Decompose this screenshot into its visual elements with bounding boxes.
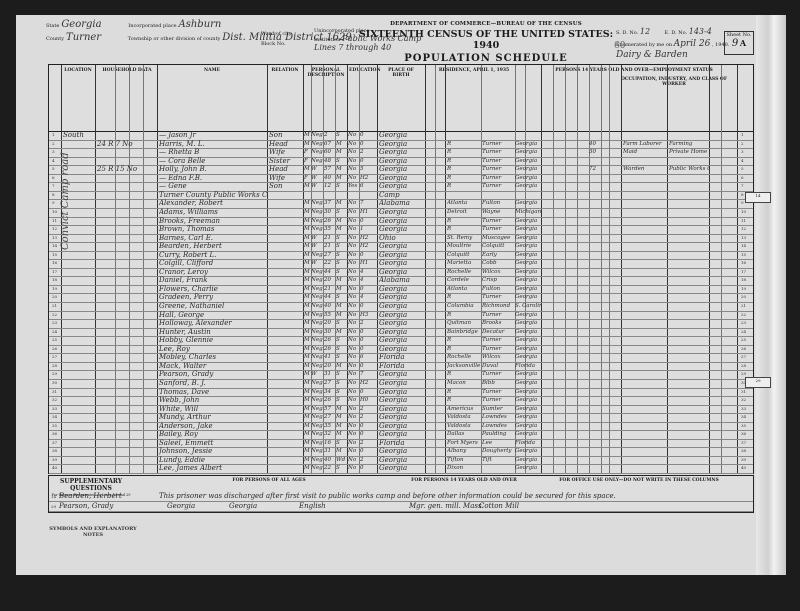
school-attendance: No — [348, 311, 359, 320]
residence-city: R — [447, 345, 481, 354]
birthplace: Georgia — [379, 413, 425, 422]
marital-status: M — [336, 311, 347, 320]
age: 40 — [324, 302, 335, 311]
residence-city: Cordele — [447, 276, 481, 285]
residence-city: R — [447, 174, 481, 183]
birthplace: Georgia — [379, 242, 425, 251]
birthplace: Georgia — [379, 319, 425, 328]
residence-city: R — [447, 311, 481, 320]
grade: 0 — [360, 251, 376, 260]
line-number-right: 32 — [741, 396, 746, 405]
birthplace: Georgia — [379, 174, 425, 183]
race: Neg — [311, 148, 323, 157]
birthplace: Georgia — [379, 379, 425, 388]
race: Neg — [311, 464, 323, 473]
grade: 0 — [360, 217, 376, 226]
line-number: 6 — [52, 174, 55, 183]
relation: Son — [269, 182, 303, 191]
person-name: Thomas, Dave — [159, 388, 267, 397]
ward-block: Ward of city Block No. — [261, 31, 292, 47]
supp-note: This prisoner was discharged after first… — [159, 492, 749, 501]
school-attendance: No — [348, 328, 359, 337]
race: Neg — [311, 285, 323, 294]
marital-status: S — [336, 208, 347, 217]
grade: 1 — [360, 225, 376, 234]
residence-state: Georgia — [515, 370, 541, 379]
birthplace: Florida — [379, 362, 425, 371]
school-attendance: No — [348, 165, 359, 174]
marital-status: S — [336, 131, 347, 140]
residence-city: Moultrie — [447, 242, 481, 251]
line-number: 38 — [52, 447, 57, 456]
birthplace: Georgia — [379, 388, 425, 397]
person-name: Hobby, Glennie — [159, 336, 267, 345]
relation: Head — [269, 165, 303, 174]
grade: 4 — [360, 268, 376, 277]
residence-state: Georgia — [515, 388, 541, 397]
marital-status: S — [336, 157, 347, 166]
marital-status: S — [336, 464, 347, 473]
person-name: Flowers, Charlie — [159, 285, 267, 294]
residence-city: Dallas — [447, 430, 481, 439]
line-number: 32 — [52, 396, 57, 405]
race: W — [311, 370, 323, 379]
supp-industry: Cotton Mill — [479, 502, 529, 511]
supp-name: Pearson, Grady — [59, 502, 139, 511]
race: Neg — [311, 439, 323, 448]
page-edge — [756, 15, 786, 575]
marital-status: S — [336, 379, 347, 388]
birthplace: Georgia — [379, 336, 425, 345]
line-number: 2 — [52, 140, 55, 149]
line-number: 13 — [52, 234, 57, 243]
line-number: 10 — [52, 208, 57, 217]
birthplace: Camp — [379, 191, 425, 200]
person-name: Brown, Thomas — [159, 225, 267, 234]
person-name: Bailey, Roy — [159, 430, 267, 439]
location-header: State Georgia Incorporated place Ashburn… — [46, 19, 352, 45]
marital-status: M — [336, 302, 347, 311]
line-number: 23 — [52, 319, 57, 328]
age: 35 — [324, 422, 335, 431]
residence-city: R — [447, 396, 481, 405]
person-name: — Gene — [159, 182, 267, 191]
race: Neg — [311, 293, 323, 302]
birthplace: Georgia — [379, 293, 425, 302]
line-number: 37 — [52, 439, 57, 448]
line-number: 36 — [52, 430, 57, 439]
residence-state: Georgia — [515, 413, 541, 422]
residence-county: Turner — [482, 174, 514, 183]
person-name: — Rhetta B — [159, 148, 267, 157]
grade: 0 — [360, 285, 376, 294]
race: Neg — [311, 319, 323, 328]
birthplace: Georgia — [379, 456, 425, 465]
residence-county: Turner — [482, 293, 514, 302]
birthplace: Georgia — [379, 285, 425, 294]
grade: 6 — [360, 182, 376, 191]
ed-number: 143-4 — [689, 27, 712, 36]
sheet-side: A — [740, 38, 746, 48]
sd-number: 12 — [640, 27, 650, 36]
residence-city: Atlanta — [447, 199, 481, 208]
line-number-right: 7 — [741, 182, 744, 191]
residence-state: S. Carolina — [515, 302, 541, 311]
age: 37 — [324, 199, 335, 208]
person-name: Daniel, Frank — [159, 276, 267, 285]
person-name: Sanford, B. J. — [159, 379, 267, 388]
age: 21 — [324, 234, 335, 243]
residence-county: Turner — [482, 157, 514, 166]
supplementary-row-14: 14 Bearden, Herbert This prisoner was di… — [49, 492, 753, 502]
marital-status: M — [336, 422, 347, 431]
side-annotation: Convict Camp road — [60, 152, 71, 250]
line-number-right: 35 — [741, 422, 746, 431]
school-attendance: No — [348, 242, 359, 251]
marital-status: M — [336, 405, 347, 414]
residence-county: Turner — [482, 388, 514, 397]
line-number-right: 12 — [741, 225, 746, 234]
residence-county: Turner — [482, 370, 514, 379]
marital-status: S — [336, 268, 347, 277]
race: Neg — [311, 345, 323, 354]
race: Neg — [311, 276, 323, 285]
school-attendance: No — [348, 293, 359, 302]
residence-county: Turner — [482, 336, 514, 345]
birthplace: Georgia — [379, 370, 425, 379]
race: Neg — [311, 217, 323, 226]
birthplace: Georgia — [379, 148, 425, 157]
person-name: — Jason Jr — [159, 131, 267, 140]
line-number-right: 21 — [741, 302, 746, 311]
race: Neg — [311, 430, 323, 439]
grade: 4 — [360, 276, 376, 285]
marital-status: M — [336, 217, 347, 226]
birthplace: Georgia — [379, 396, 425, 405]
grade: H2 — [360, 379, 376, 388]
age: 55 — [324, 311, 335, 320]
person-name: Barnes, Carl E. — [159, 234, 267, 243]
residence-city: Columbia — [447, 302, 481, 311]
school-attendance: No — [348, 302, 359, 311]
school-attendance: No — [348, 456, 359, 465]
language: English — [299, 502, 349, 511]
residence-state: Georgia — [515, 422, 541, 431]
birthplace: Georgia — [379, 422, 425, 431]
marital-status: S — [336, 234, 347, 243]
residence-county: Turner — [482, 148, 514, 157]
race: Neg — [311, 251, 323, 260]
line-number-right: 28 — [741, 362, 746, 371]
line-number-right: 9 — [741, 199, 744, 208]
race: Neg — [311, 362, 323, 371]
line-number: 40 — [52, 464, 57, 473]
line-number: 14 — [52, 242, 57, 251]
residence-state: Georgia — [515, 464, 541, 473]
hours-worked: 40 — [589, 140, 603, 149]
grade: 0 — [360, 302, 376, 311]
age: 12 — [324, 182, 335, 191]
residence-state: Georgia — [515, 311, 541, 320]
residence-county: Turner — [482, 345, 514, 354]
grade: 0 — [360, 345, 376, 354]
residence-city: Jacksonville — [447, 362, 481, 371]
race: Neg — [311, 413, 323, 422]
grade: H2 — [360, 174, 376, 183]
line-number: 18 — [52, 276, 57, 285]
residence-state: Georgia — [515, 447, 541, 456]
school-attendance: No — [348, 199, 359, 208]
line-number-right: 33 — [741, 405, 746, 414]
incorporated-place-value: Ashburn — [179, 19, 222, 30]
line-number-right: 31 — [741, 388, 746, 397]
residence-state: Georgia — [515, 430, 541, 439]
grade: 0 — [360, 140, 376, 149]
grade: 6 — [360, 353, 376, 362]
person-name: Greene, Nathaniel — [159, 302, 267, 311]
race: Neg — [311, 157, 323, 166]
residence-county: Turner — [482, 140, 514, 149]
grade: H1 — [360, 208, 376, 217]
line-number-right: 6 — [741, 174, 744, 183]
house-number: 25 R 15 No — [97, 165, 155, 174]
line-number: 15 — [52, 251, 57, 260]
school-attendance: No — [348, 131, 359, 140]
residence-county: Wayne — [482, 208, 514, 217]
school-attendance: No — [348, 234, 359, 243]
residence-county: Early — [482, 251, 514, 260]
residence-county: Muscogee — [482, 234, 514, 243]
marital-status: S — [336, 345, 347, 354]
birthplace: Georgia — [379, 464, 425, 473]
person-name: Mundy, Arthur — [159, 413, 267, 422]
birthplace: Georgia — [379, 131, 425, 140]
person-name: Mobley, Charles — [159, 353, 267, 362]
line-number-right: 37 — [741, 439, 746, 448]
grade: 2 — [360, 439, 376, 448]
person-name: — Cora Belle — [159, 157, 267, 166]
birthplace: Georgia — [379, 208, 425, 217]
age: 27 — [324, 379, 335, 388]
line-number: 8 — [52, 191, 55, 200]
line-number: 30 — [52, 379, 57, 388]
birthplace: Georgia — [379, 157, 425, 166]
race: Neg — [311, 396, 323, 405]
line-number-right: 36 — [741, 430, 746, 439]
school-attendance: No — [348, 259, 359, 268]
marital-status: S — [336, 242, 347, 251]
enumerator-name: Dairy & Barden — [616, 50, 729, 60]
residence-city: Valdosta — [447, 422, 481, 431]
birthplace: Georgia — [379, 259, 425, 268]
line-number: 4 — [52, 157, 55, 166]
race: W — [311, 242, 323, 251]
supplementary-line-tab-29: 29 — [745, 377, 771, 388]
residence-city: Bainbridge — [447, 328, 481, 337]
age: 20 — [324, 319, 335, 328]
sheet-number-box: Sheet No. 9 A — [724, 31, 754, 55]
birthplace: Alabama — [379, 199, 425, 208]
residence-state: Georgia — [515, 285, 541, 294]
line-number-right: 19 — [741, 285, 746, 294]
person-name: Hall, George — [159, 311, 267, 320]
race: Neg — [311, 208, 323, 217]
residence-state: Georgia — [515, 379, 541, 388]
race: Neg — [311, 311, 323, 320]
residence-county: Lowndes — [482, 422, 514, 431]
birthplace: Florida — [379, 353, 425, 362]
person-name: White, Will — [159, 405, 267, 414]
line-number: 22 — [52, 311, 57, 320]
school-attendance: No — [348, 157, 359, 166]
line-number-right: 34 — [741, 413, 746, 422]
line-number: 35 — [52, 422, 57, 431]
birthplace: Florida — [379, 439, 425, 448]
residence-county: Wilcox — [482, 268, 514, 277]
line-number-right: 13 — [741, 234, 746, 243]
grade: H2 — [360, 242, 376, 251]
grade: H3 — [360, 311, 376, 320]
stamp-number: 60 — [614, 41, 625, 51]
line-number: 34 — [52, 413, 57, 422]
line-number: 7 — [52, 182, 55, 191]
birthplace: Georgia — [379, 447, 425, 456]
age: 44 — [324, 268, 335, 277]
residence-city: R — [447, 225, 481, 234]
line-number-right: 17 — [741, 268, 746, 277]
race: W — [311, 259, 323, 268]
relation: Son — [269, 131, 303, 140]
person-name: Colgill, Clifford — [159, 259, 267, 268]
residence-state: Georgia — [515, 165, 541, 174]
person-name: Alexander, Robert — [159, 199, 267, 208]
grade: H1 — [360, 259, 376, 268]
residence-county: Turner — [482, 165, 514, 174]
residence-state: Georgia — [515, 345, 541, 354]
residence-county: Turner — [482, 225, 514, 234]
grade: 0 — [360, 336, 376, 345]
age: 27 — [324, 251, 335, 260]
residence-city: R — [447, 165, 481, 174]
age: 40 — [324, 456, 335, 465]
residence-state: Georgia — [515, 140, 541, 149]
grade: 0 — [360, 422, 376, 431]
residence-county: Richmond — [482, 302, 514, 311]
population-table: LOCATION HOUSEHOLD DATA NAME RELATION PE… — [48, 64, 754, 474]
industry: Farming — [669, 140, 709, 149]
age: 27 — [324, 413, 335, 422]
line-number: 28 — [52, 362, 57, 371]
birthplace: Georgia — [379, 251, 425, 260]
line-number: 24 — [52, 328, 57, 337]
supplementary-line-tab-14: 14 — [745, 192, 771, 203]
person-name: Anderson, Jake — [159, 422, 267, 431]
marital-status: M — [336, 148, 347, 157]
residence-county: Turner — [482, 396, 514, 405]
marital-status: S — [336, 370, 347, 379]
school-attendance: No — [348, 345, 359, 354]
residence-state: Michigan — [515, 208, 541, 217]
residence-state: Georgia — [515, 157, 541, 166]
race: W — [311, 182, 323, 191]
race: W — [311, 165, 323, 174]
line-number-right: 24 — [741, 328, 746, 337]
line-number: 16 — [52, 259, 57, 268]
line-number-right: 11 — [741, 217, 746, 226]
school-attendance: No — [348, 353, 359, 362]
age: 21 — [324, 285, 335, 294]
age: 26 — [324, 396, 335, 405]
residence-city: R — [447, 157, 481, 166]
hours-worked: 30 — [589, 148, 603, 157]
line-number: 31 — [52, 388, 57, 397]
footer-notes: SYMBOLS AND EXPLANATORY NOTES — [48, 512, 752, 562]
marital-status: M — [336, 362, 347, 371]
age: 31 — [324, 447, 335, 456]
age: 20 — [324, 276, 335, 285]
residence-county: Bibb — [482, 379, 514, 388]
birthplace: Georgia — [379, 217, 425, 226]
grade: H2 — [360, 234, 376, 243]
school-attendance: No — [348, 439, 359, 448]
residence-state: Georgia — [515, 396, 541, 405]
line-number: 25 — [52, 336, 57, 345]
grade: 2 — [360, 319, 376, 328]
enumerated-date: April 26 — [674, 39, 711, 49]
school-attendance: No — [348, 268, 359, 277]
age: 60 — [324, 148, 335, 157]
residence-county: Crisp — [482, 276, 514, 285]
residence-county: Turner — [482, 311, 514, 320]
residence-state: Georgia — [515, 225, 541, 234]
age: 57 — [324, 405, 335, 414]
state-value: Georgia — [61, 19, 101, 30]
residence-state: Georgia — [515, 148, 541, 157]
race: Neg — [311, 405, 323, 414]
county-value: Turner — [66, 32, 101, 43]
race: Neg — [311, 456, 323, 465]
schedule-title: POPULATION SCHEDULE — [356, 53, 616, 64]
marital-status: S — [336, 319, 347, 328]
residence-city: R — [447, 293, 481, 302]
marital-status: S — [336, 251, 347, 260]
school-attendance: No — [348, 379, 359, 388]
marital-status: Wd — [336, 456, 347, 465]
supplementary-questions: SUPPLEMENTARY QUESTIONS For Persons Enum… — [48, 475, 754, 513]
supp-name: Bearden, Herbert — [59, 492, 139, 501]
residence-state: Georgia — [515, 336, 541, 345]
line-number-right: 40 — [741, 464, 746, 473]
grade: 2 — [360, 456, 376, 465]
residence-city: R — [447, 217, 481, 226]
person-name: Lee, Roy — [159, 345, 267, 354]
residence-city: Colquitt — [447, 251, 481, 260]
residence-city: R — [447, 148, 481, 157]
race: Neg — [311, 422, 323, 431]
race: Neg — [311, 268, 323, 277]
age: 16 — [324, 439, 335, 448]
occupation: Farm Laborer — [623, 140, 667, 149]
grade: 2 — [360, 148, 376, 157]
residence-city: Atlanta — [447, 285, 481, 294]
birthplace: Georgia — [379, 328, 425, 337]
sheet-number: 9 — [732, 38, 738, 49]
line-number-right: 10 — [741, 208, 746, 217]
residence-city: Fort Myers — [447, 439, 481, 448]
line-number: 33 — [52, 405, 57, 414]
person-name: Bearden, Herbert — [159, 242, 267, 251]
race: Neg — [311, 131, 323, 140]
